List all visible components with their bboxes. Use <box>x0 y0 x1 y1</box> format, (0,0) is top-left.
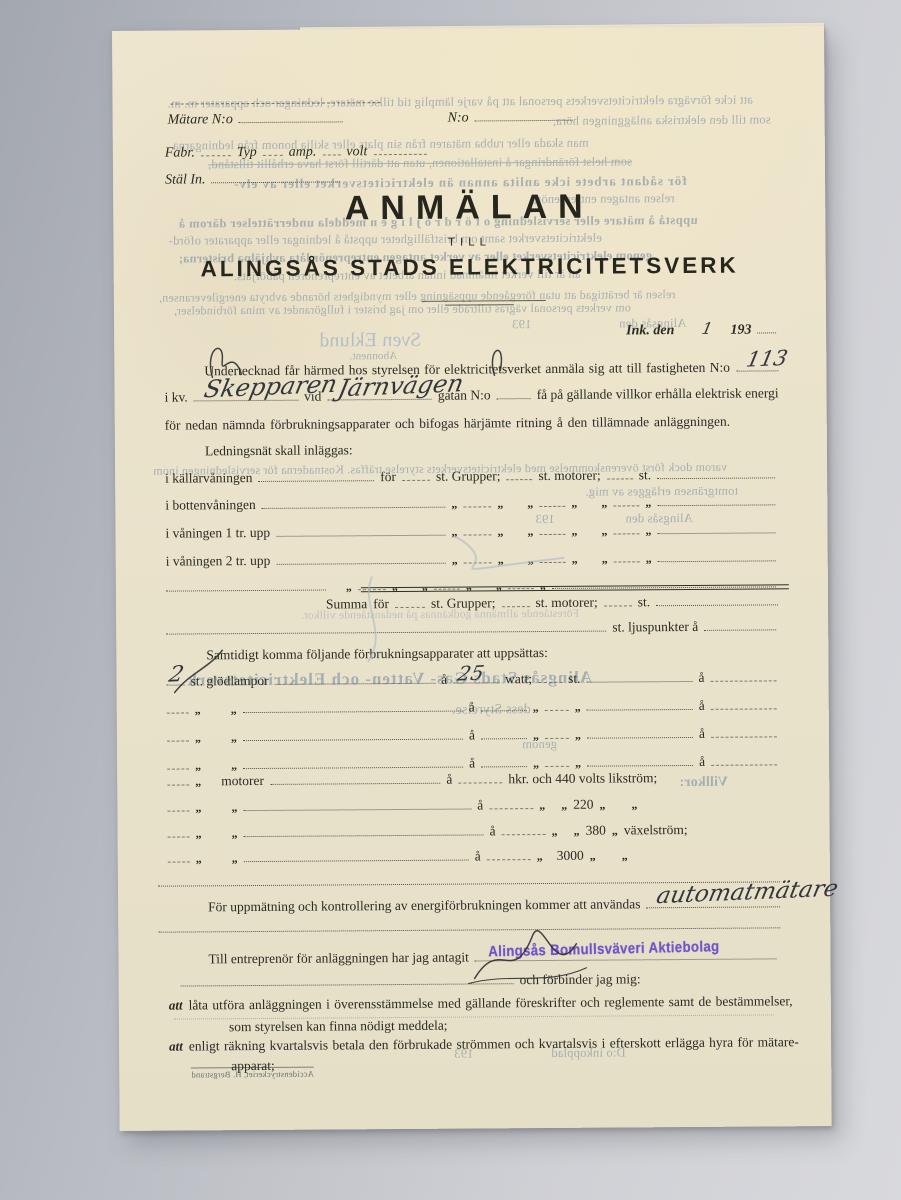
watt-label: watt; <box>505 671 532 687</box>
ditto-mark: „ <box>533 700 539 715</box>
volts-value: 220 <box>573 797 593 813</box>
received-day-handwritten: 1 <box>700 319 714 338</box>
blank-line <box>757 321 776 333</box>
blank-line <box>244 849 469 863</box>
bleed-through-signature: Sven Eklund <box>317 329 423 353</box>
motors-row: „„ å „„ 220 „„ <box>167 795 777 815</box>
blank-line <box>243 700 463 714</box>
ditto-mark: „ <box>539 798 545 813</box>
blank-line <box>489 797 533 809</box>
contractor-text: Till entreprenör för anläggningen har ja… <box>208 950 469 968</box>
ditto-mark: „ <box>575 700 581 715</box>
ditto-mark: „ <box>195 702 201 717</box>
summa-for: för <box>373 596 389 612</box>
wiring-heading-text: Ledningsnät skall inläggas: <box>205 442 353 459</box>
form-subtitle-text: TILL <box>448 236 491 248</box>
ditto-mark: „ <box>645 495 651 510</box>
ditto-mark: „ <box>528 552 534 567</box>
ditto-mark: „ <box>590 849 596 864</box>
ditto-mark: „ <box>451 525 457 540</box>
block-name-handwritten: Skepparen <box>202 370 340 404</box>
blank-line <box>167 773 189 785</box>
intro-line-3-text: för nedan nämnda förbrukningsapparater o… <box>165 414 730 434</box>
blank-line <box>463 523 491 535</box>
blank-line <box>711 697 777 709</box>
blank-line <box>167 799 189 811</box>
summa-motors: st. motorer; <box>535 595 597 611</box>
a-label: å <box>699 698 705 714</box>
ditto-mark: „ <box>195 774 201 789</box>
ditto-mark: „ <box>231 730 237 745</box>
blank-line <box>167 729 189 741</box>
street-name-field: Järnvägen <box>327 388 432 401</box>
a-label: å <box>699 754 705 770</box>
meter-type-handwritten: automatmätare <box>655 876 841 910</box>
intro-line-2-rest: få på gällande villkor erhålla elektrisk… <box>537 385 779 403</box>
blank-line <box>613 494 639 506</box>
blank-line <box>587 698 693 711</box>
form-title: ANMÄLAN <box>113 186 825 230</box>
apparatus-row: „„ å „ „ å <box>167 697 777 717</box>
contractor-field: Alingsås Bomullsväveri Aktiebolag <box>475 947 777 961</box>
wiring-row-label: i källarvåningen <box>165 470 252 487</box>
wiring-row-label: i bottenvåningen <box>165 497 255 514</box>
blank-line <box>276 552 445 565</box>
blank-line <box>656 593 778 606</box>
property-number-handwritten: 113 <box>744 346 789 372</box>
blank-line <box>587 754 693 767</box>
amp-label: amp. <box>289 145 317 161</box>
watt-value-field: 25 <box>453 671 499 683</box>
blank-line <box>167 757 189 769</box>
number-row: N:o <box>448 109 573 127</box>
wiring-row-label: i våningen 1 tr. upp <box>165 525 270 542</box>
a-label: å <box>699 726 705 742</box>
wiring-row-label: i våningen 2 tr. upp <box>166 553 271 570</box>
blank-line <box>243 798 471 812</box>
blank-line <box>539 523 565 535</box>
blank-line <box>538 671 562 683</box>
blank-line <box>481 699 527 711</box>
light-points-label: st. ljuspunkter å <box>612 619 698 636</box>
obligation-line-1b: som styrelsen kan finna nödigt meddela; <box>229 1018 448 1036</box>
a-label: å <box>477 797 483 813</box>
blank-line <box>270 772 440 785</box>
wiring-row-floor1: i våningen 1 tr. upp „ „„ „„ „ <box>165 521 775 541</box>
blank-line <box>395 596 425 608</box>
obligation-1-text: låta utföra anläggningen i överensstämme… <box>188 993 792 1013</box>
organization-title-text: ALINGSÅS STADS ELEKTRICITETSVERK <box>201 253 739 283</box>
ditto-mark: „ <box>575 756 581 771</box>
section-rule <box>158 927 780 932</box>
a-label: å <box>475 848 481 864</box>
blank-line <box>658 549 776 562</box>
blank-line <box>262 496 446 509</box>
volts-value: 380 <box>586 823 606 839</box>
ditto-mark: „ <box>552 824 558 839</box>
meter-type-field: automatmätare <box>646 895 780 908</box>
blank-line <box>239 110 343 123</box>
ditto-mark: „ <box>602 552 608 567</box>
fabricate-label: Fabr. <box>165 145 195 161</box>
blank-line <box>545 755 569 767</box>
blank-line <box>166 620 606 635</box>
summa-label: Summa <box>326 596 367 612</box>
ditto-mark: „ <box>497 496 503 511</box>
meter-number-row: Mätare N:o <box>168 110 343 128</box>
received-year: 193 <box>730 323 751 339</box>
obligation-1b-text: som styrelsen kan finna nödigt meddela; <box>229 1018 448 1036</box>
ditto-mark: „ <box>646 551 652 566</box>
blank-line <box>201 144 231 156</box>
a-label: å <box>490 823 496 839</box>
kv-label: i kv. <box>165 389 188 405</box>
blank-line <box>657 493 775 506</box>
type-label: Typ <box>237 145 257 161</box>
blank-line <box>657 521 775 534</box>
blank-line <box>545 727 569 739</box>
blank-line <box>711 725 777 737</box>
intro-line-3: för nedan nämnda förbrukningsapparater o… <box>165 413 779 433</box>
bleed-through-text: Abonnent. <box>349 350 397 362</box>
blank-line <box>258 469 374 482</box>
ditto-mark: „ <box>232 826 238 841</box>
apparatus-row: „„ å „ „ å <box>167 725 777 745</box>
form-title-text: ANMÄLAN <box>345 188 594 229</box>
att-label: att <box>169 1039 183 1055</box>
blank-line <box>501 595 529 607</box>
obligation-line-2: att enligt räkning kvartalsvis betala de… <box>169 1034 785 1054</box>
blank-line <box>604 594 632 606</box>
a-label: å <box>446 772 452 788</box>
blank-line <box>373 143 427 155</box>
ditto-mark: „ <box>645 523 651 538</box>
a-label: å <box>441 672 447 688</box>
blank-line <box>614 550 640 562</box>
ditto-mark: „ <box>601 524 607 539</box>
blank-line <box>168 825 190 837</box>
ditto-mark: „ <box>537 849 543 864</box>
motors-row: „„ å „„ 380 „ växelström; <box>168 821 778 841</box>
blank-line <box>181 972 514 986</box>
blank-line <box>481 727 527 739</box>
ditto-mark: „ <box>571 496 577 511</box>
intro-line-2: i kv. Skepparen vid Järnvägen gatan N:o … <box>165 385 779 405</box>
stal-in-label: Stäl In. <box>165 172 206 188</box>
photograph-background: att icke förvägra elektricitetsverkets p… <box>0 0 901 1200</box>
a-label: å <box>469 755 475 771</box>
blank-line <box>167 701 189 713</box>
bleed-through-text: 193 <box>512 317 531 332</box>
meter-number-label: Mätare N:o <box>168 112 233 128</box>
light-points-row: st. ljuspunkter å <box>166 618 776 638</box>
apparatus-heading-text: Samtidigt komma följande förbrukningsapp… <box>206 645 548 663</box>
obligation-intro-text: och förbinder jag mig: <box>519 971 640 988</box>
ditto-mark: „ <box>346 579 352 594</box>
ditto-mark: „ <box>631 797 637 812</box>
obligation-line-2b: apparat; <box>231 1058 275 1074</box>
company-stamp: Alingsås Bomullsväveri Aktiebolag <box>489 938 720 960</box>
blank-line <box>487 848 531 860</box>
a-label: å <box>469 699 475 715</box>
received-label: Ink. den <box>626 323 674 339</box>
ditto-mark: „ <box>527 496 533 511</box>
blank-line <box>263 144 283 156</box>
motors-row1-spec: hkr. och 440 volts likström; <box>508 770 657 787</box>
obligation-2-text: enligt räkning kvartalsvis betala den fö… <box>189 1034 799 1054</box>
ditto-mark: „ <box>451 497 457 512</box>
ditto-mark: „ <box>599 798 605 813</box>
ditto-mark: „ <box>527 524 533 539</box>
for-label: för <box>380 469 396 485</box>
blank-line <box>545 699 569 711</box>
blank-line <box>322 143 340 155</box>
fabricate-type-row: Fabr. Typ amp. volt <box>165 143 427 162</box>
blank-line <box>458 771 502 783</box>
blank-line <box>402 469 430 481</box>
received-date-row: Ink. den 1 193 <box>626 318 776 339</box>
blank-line <box>475 109 573 122</box>
ditto-mark: „ <box>231 702 237 717</box>
blank-line <box>463 495 491 507</box>
blank-line <box>657 466 775 479</box>
blank-line <box>244 823 484 837</box>
blank-line <box>704 618 776 631</box>
ditto-mark: „ <box>572 552 578 567</box>
ditto-mark: „ <box>195 758 201 773</box>
st-label: st. <box>568 671 581 687</box>
obligation-line-1: att låta utföra anläggningen i överensst… <box>169 993 785 1013</box>
att-label: att <box>169 998 183 1014</box>
groups-label: st. Grupper; <box>436 468 501 484</box>
bleed-through-text: om verkets personal vägras tillträde ell… <box>174 300 631 318</box>
apparatus-heading: Samtidigt komma följande förbrukningsapp… <box>206 645 548 663</box>
ditto-mark: „ <box>232 851 238 866</box>
blank-line <box>243 728 463 742</box>
metering-row: För uppmätning och kontrollering av ener… <box>208 895 780 915</box>
blank-line <box>481 755 527 767</box>
ditto-mark: „ <box>561 798 567 813</box>
ditto-mark: „ <box>571 524 577 539</box>
lamps-label: st. glödlampor <box>190 673 268 690</box>
ditto-mark: „ <box>195 800 201 815</box>
blank-line <box>166 579 326 592</box>
lamp-qty-handwritten: 2 <box>167 662 186 688</box>
blank-line <box>502 823 546 835</box>
ac-label: växelström; <box>624 822 688 838</box>
ditto-mark: „ <box>622 848 628 863</box>
ditto-mark: „ <box>195 730 201 745</box>
organization-title: ALINGSÅS STADS ELEKTRICITETSVERK <box>114 252 826 283</box>
blank-line <box>607 467 633 479</box>
blank-line <box>506 468 532 480</box>
motors-row: „„ å „ 3000 „„ <box>168 846 778 866</box>
blank-line <box>168 850 190 862</box>
bleed-through-text: som till den elektriska anläggningen hör… <box>553 112 771 129</box>
ditto-mark: „ <box>196 851 202 866</box>
block-name-field: Skepparen <box>194 389 299 402</box>
blank-line <box>274 672 435 685</box>
blank-line <box>276 524 445 537</box>
motors-label: st. motorer; <box>538 468 600 484</box>
number-label: N:o <box>448 111 469 127</box>
metering-text: För uppmätning och kontrollering av ener… <box>208 896 641 915</box>
street-name-handwritten: Järnvägen <box>335 369 466 402</box>
ditto-mark: „ <box>196 826 202 841</box>
lamp-qty-field: 2 <box>166 674 184 686</box>
blank-line <box>243 756 463 770</box>
property-number-field: 113 <box>736 359 779 371</box>
obligation-intro-row: och förbinder jag mig: <box>181 970 781 990</box>
ditto-mark: „ <box>601 496 607 511</box>
blank-line <box>613 522 639 534</box>
ditto-mark: „ <box>574 824 580 839</box>
blank-line <box>211 170 340 183</box>
summary-row: Summa för st. Grupper; st. motorer; st. <box>326 593 778 612</box>
wiring-row-floor2: i våningen 2 tr. upp „ „„ „„ „ <box>166 549 776 569</box>
blank-line <box>586 670 692 683</box>
obligation-2b-text: apparat; <box>231 1058 275 1074</box>
stal-in-row: Stäl In. <box>165 170 340 188</box>
ditto-mark: „ <box>497 524 503 539</box>
contractor-row: Till entreprenör för anläggningen har ja… <box>208 947 776 967</box>
ditto-mark: „ <box>231 800 237 815</box>
blank-line <box>497 387 531 399</box>
ditto-mark: „ <box>231 758 237 773</box>
blank-line <box>710 669 776 681</box>
wiring-section-heading: Ledningsnät skall inläggas: <box>205 442 353 459</box>
blank-line <box>539 495 565 507</box>
ditto-mark: „ <box>533 756 539 771</box>
blank-line <box>587 726 693 739</box>
summa-groups: st. Grupper; <box>431 595 496 611</box>
blank-line <box>464 551 492 563</box>
summa-st: st. <box>638 594 651 610</box>
volt-label: volt <box>346 144 367 160</box>
ditto-mark: „ <box>498 552 504 567</box>
blank-line <box>711 753 777 765</box>
ditto-mark: „ <box>452 553 458 568</box>
form-paper-sheet: att icke förvägra elektricitetsverkets p… <box>112 26 832 1131</box>
ditto-mark: „ <box>533 728 539 743</box>
a-label: å <box>469 727 475 743</box>
volts-value: 3000 <box>557 848 584 864</box>
a-label: å <box>698 670 704 686</box>
lamps-row: 2 st. glödlampor å 25 watt; st. å <box>166 669 776 689</box>
motors-label: motorer <box>221 773 264 789</box>
blank-line <box>540 551 566 563</box>
watt-value-handwritten: 25 <box>455 661 486 686</box>
st-label: st. <box>639 467 652 483</box>
ditto-mark: „ <box>612 823 618 838</box>
ditto-mark: „ <box>575 728 581 743</box>
